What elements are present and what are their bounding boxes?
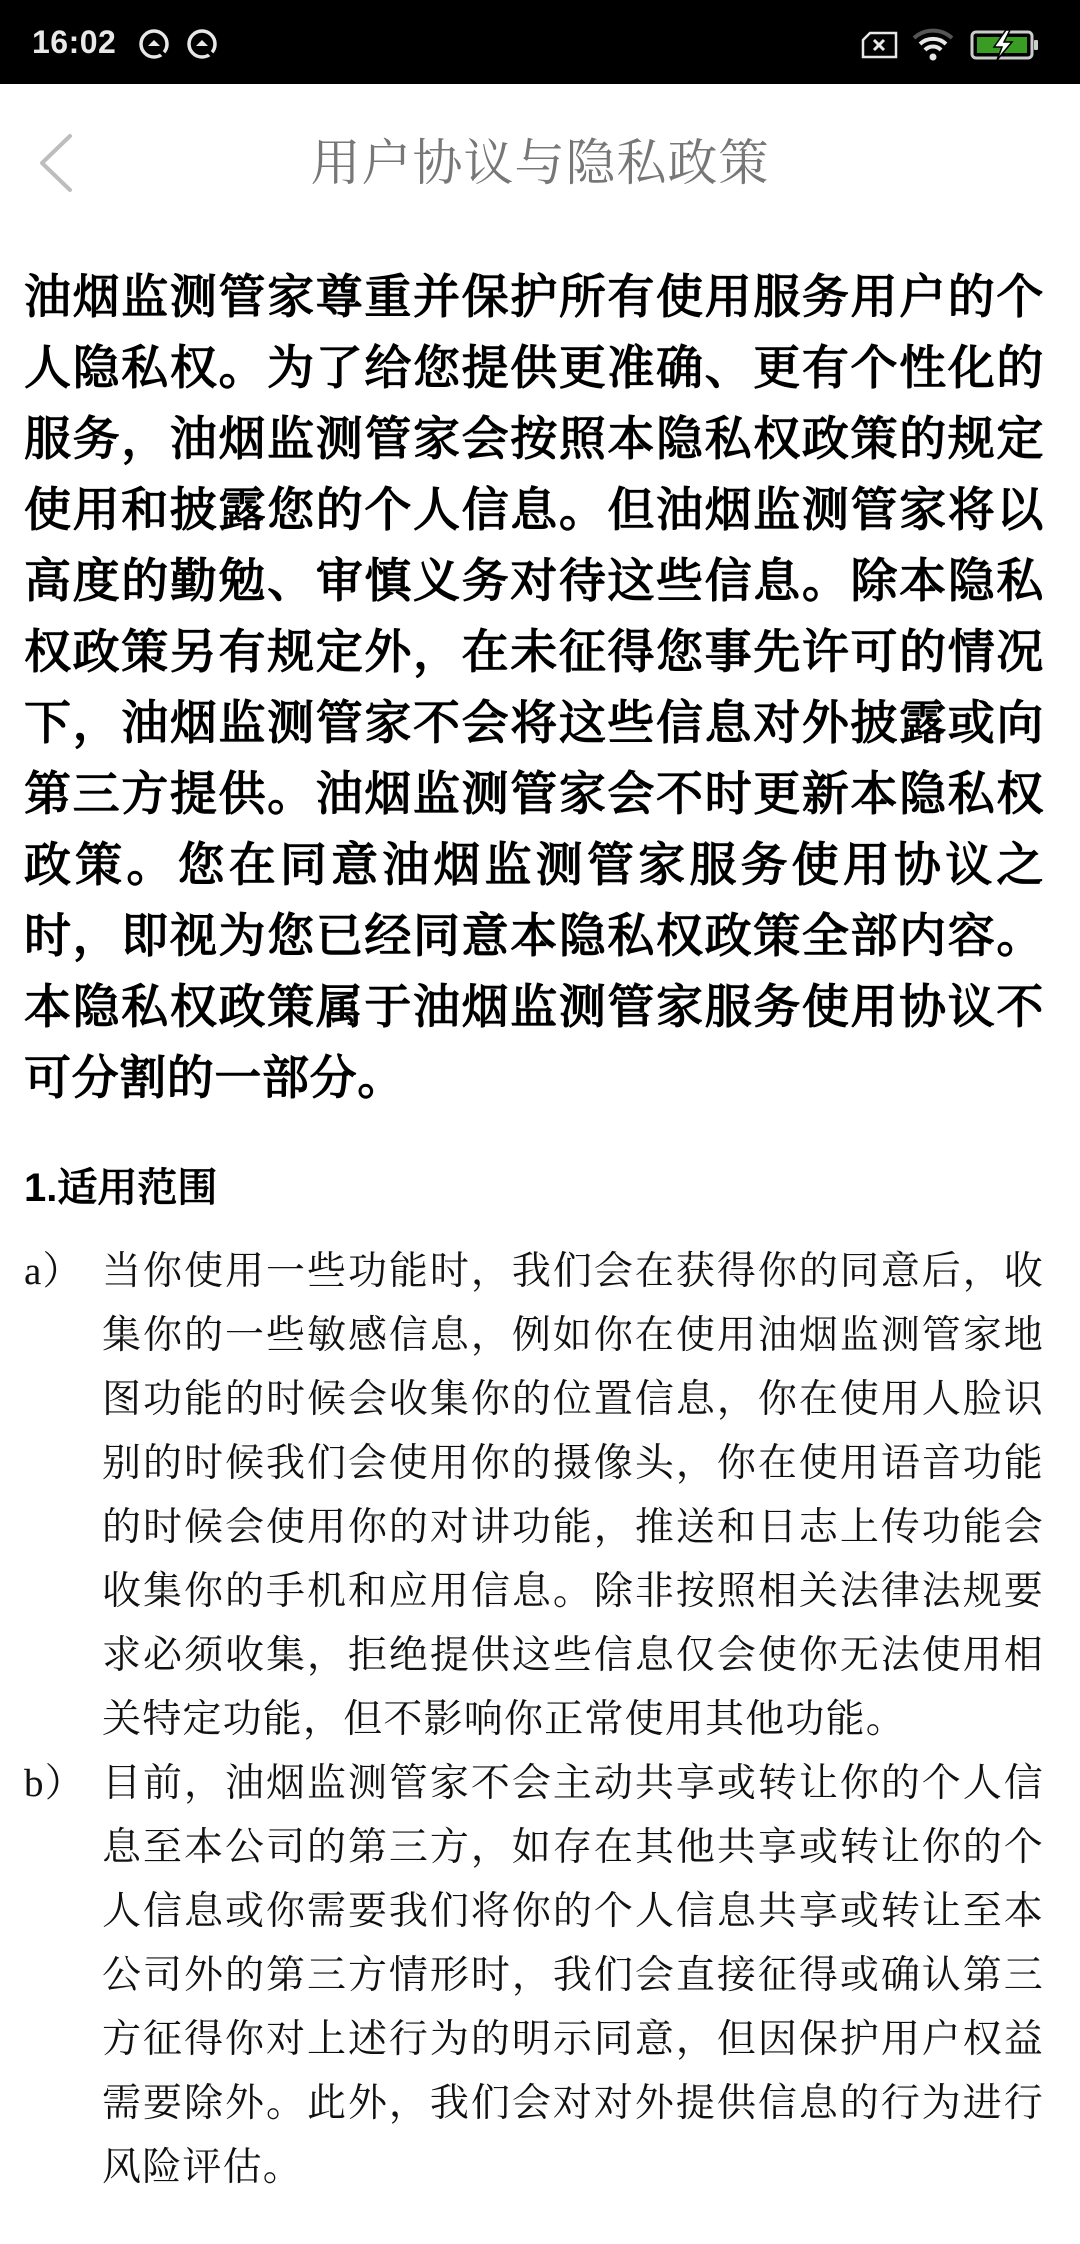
policy-content: 油烟监测管家尊重并保护所有使用服务用户的个人隐私权。为了给您提供更准确、更有个性… bbox=[24, 262, 1044, 2200]
q-badge-icon bbox=[186, 28, 218, 60]
wifi-icon bbox=[912, 28, 954, 66]
list-item: b） 目前，油烟监测管家不会主动共享或转让你的个人信息至本公司的第三方，如存在其… bbox=[24, 1752, 1044, 2200]
section-list: a） 当你使用一些功能时，我们会在获得你的同意后，收集你的一些敏感信息，例如你在… bbox=[24, 1240, 1044, 2200]
q-badge-icon bbox=[138, 28, 170, 60]
list-item-text: 目前，油烟监测管家不会主动共享或转让你的个人信息至本公司的第三方，如存在其他共享… bbox=[102, 1761, 1044, 2190]
list-item: a） 当你使用一些功能时，我们会在获得你的同意后，收集你的一些敏感信息，例如你在… bbox=[24, 1240, 1044, 1752]
status-time: 16:02 bbox=[32, 24, 116, 61]
section-heading: 1.适用范围 bbox=[24, 1158, 1044, 1218]
intro-paragraph: 油烟监测管家尊重并保护所有使用服务用户的个人隐私权。为了给您提供更准确、更有个性… bbox=[24, 262, 1044, 1114]
no-sim-icon bbox=[861, 31, 899, 63]
list-item-text: 当你使用一些功能时，我们会在获得你的同意后，收集你的一些敏感信息，例如你在使用油… bbox=[102, 1249, 1044, 1742]
app-header: 用户协议与隐私政策 bbox=[0, 84, 1080, 240]
status-bar: 16:02 bbox=[0, 0, 1080, 84]
page-title: 用户协议与隐私政策 bbox=[0, 128, 1080, 198]
list-marker: a） bbox=[24, 1240, 83, 1304]
list-marker: b） bbox=[24, 1752, 85, 1816]
battery-charging-icon bbox=[970, 30, 1042, 64]
